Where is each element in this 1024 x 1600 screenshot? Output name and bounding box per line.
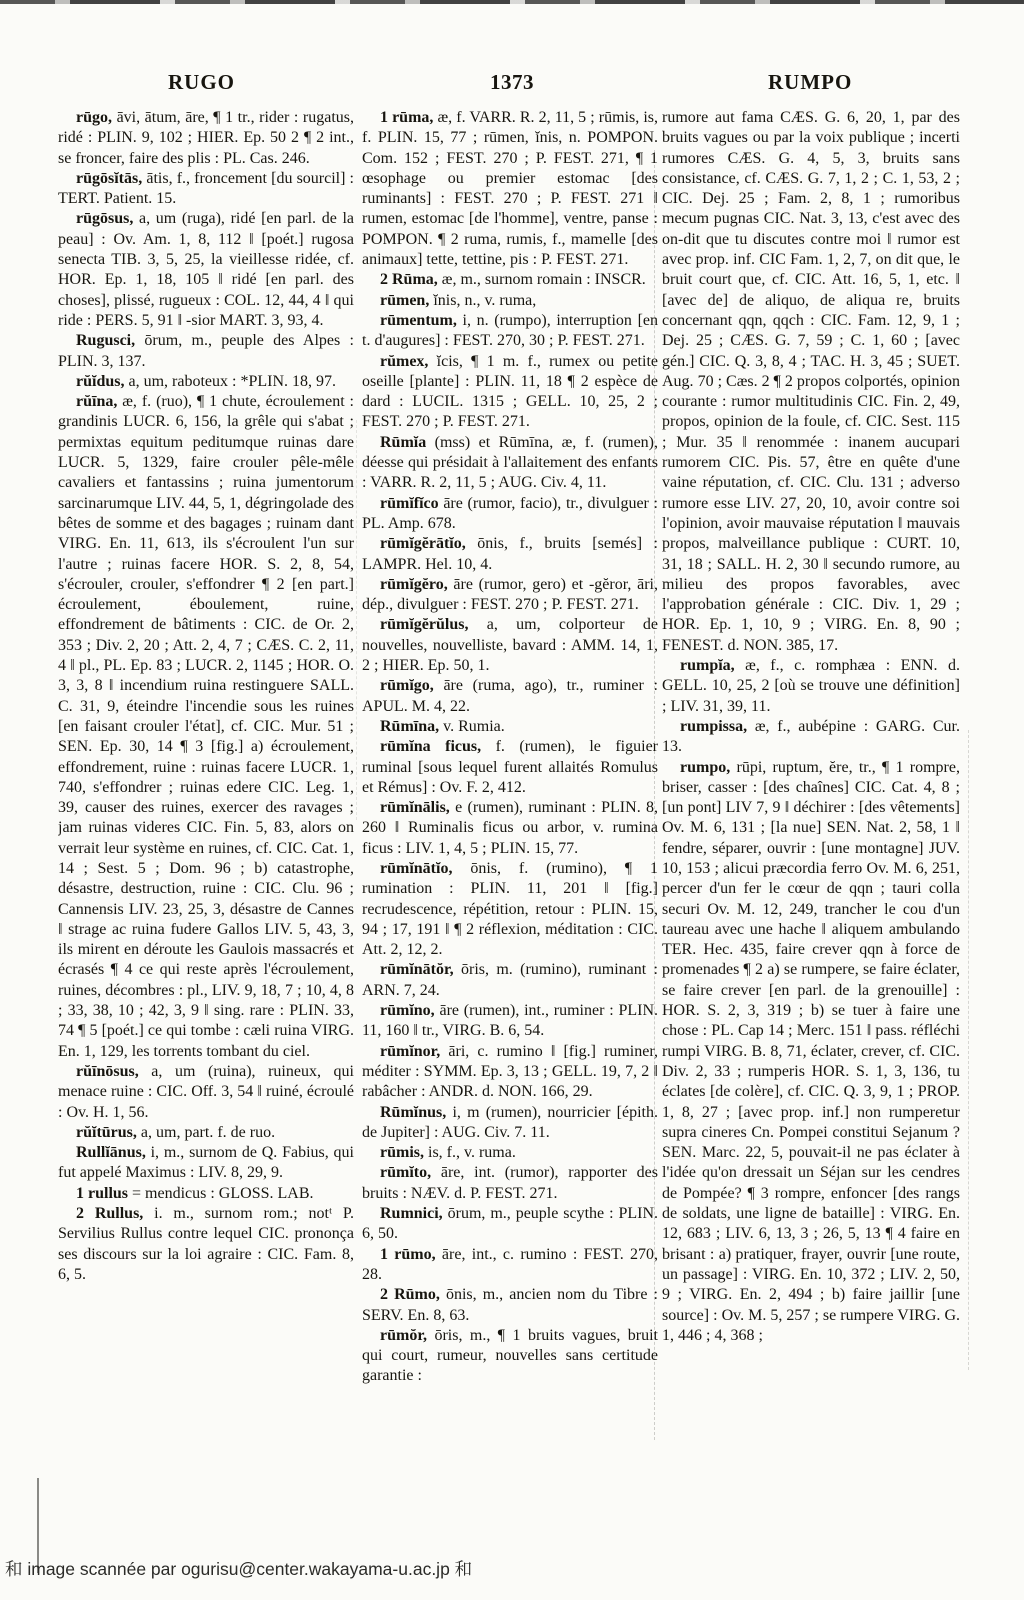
entry-headword: rūmĭgĕro, [380,576,453,593]
entry-headword: Rūmĭa [380,434,435,451]
running-header: RUGO 1373 RUMPO [0,70,1024,100]
entry-headword: Rullĭānus, [76,1144,151,1161]
entry-headword: Rūmīna, [380,718,443,735]
dictionary-entry: rūmentum, i, n. (rumpo), interruption [e… [362,311,658,352]
entry-headword: rūmĭto, [380,1164,441,1181]
dictionary-entry: rūmĭnātĭo, ōnis, f. (rumino), ¶ 1 rumina… [362,859,658,960]
dictionary-entry: rumpissa, æ, f., aubépine : GARG. Cur. 1… [662,717,960,758]
dictionary-entry: rŭmex, ĭcis, ¶ 1 m. f., rumex ou petite … [362,352,658,433]
entry-headword: rŭĭdus, [76,373,128,390]
dictionary-entry: Rugusci, ōrum, m., peuple des Alpes : PL… [58,331,354,372]
text-column-3: rumore aut fama CÆS. G. 6, 20, 1, par de… [662,108,960,1553]
dictionary-entry: rūmĭnor, āri, c. rumino ‖ [fig.] ruminer… [362,1042,658,1103]
dictionary-entry: rūgōsus, a, um (ruga), ridé [en parl. de… [58,209,354,331]
dictionary-entry: rūmĭgĕrātĭo, ōnis, f., bruits [semés] : … [362,534,658,575]
entry-headword: rumpissa, [680,718,755,735]
dictionary-entry: rŭīnōsus, a, um (ruina), ruineux, qui me… [58,1062,354,1123]
dictionary-entry: 2 Rūma, æ, m., surnom romain : INSCR. [362,270,658,290]
dictionary-entry: Rullĭānus, i, m., surnom de Q. Fabius, q… [58,1143,354,1184]
column-rule [356,420,357,820]
dictionary-entry: rūmĭnālis, e (rumen), ruminant : PLIN. 8… [362,798,658,859]
entry-headword: rūmĭno, [380,1002,439,1019]
scan-artifact-top-edge [0,0,1024,4]
entry-headword: rūmĭgo, [380,677,443,694]
entry-headword: Rūmĭnus, [380,1104,452,1121]
entry-headword: rūmĭna ficus, [380,738,496,755]
entry-headword: rŭīna, [76,393,122,410]
entry-headword: 2 Rūma, [380,271,442,288]
entry-headword: rūmĭfĭco [380,495,443,512]
entry-headword: rūmen, [380,292,433,309]
entry-continuation: rumore aut fama CÆS. G. 6, 20, 1, par de… [662,108,960,656]
entry-headword: 2 Rullus, [76,1205,154,1222]
dictionary-entry: rūmĭna ficus, f. (rumen), le figuier rum… [362,737,658,798]
entry-headword: rūmis, [380,1144,428,1161]
dictionary-entry: rūmĭgĕro, āre (rumor, gero) et -gĕror, ā… [362,575,658,616]
dictionary-entry: rumpĭa, æ, f., c. romphæa : ENN. d. GELL… [662,656,960,717]
dictionary-page-scan: RUGO 1373 RUMPO rūgo, āvi, ātum, āre, ¶ … [0,0,1024,1600]
dictionary-entry: rūmĭnātŏr, ōris, m. (rumino), ruminant :… [362,960,658,1001]
entry-headword: 1 rūmo, [380,1246,442,1263]
dictionary-entry: 2 Rūmo, ōnis, m., ancien nom du Tibre : … [362,1285,658,1326]
dictionary-entry: rŭĭtūrus, a, um, part. f. de ruo. [58,1123,354,1143]
entry-headword: rūmentum, [380,312,463,329]
entry-headword: rūgōsus, [76,210,139,227]
dictionary-entry: rūgōsĭtās, ātis, f., froncement [du sour… [58,169,354,210]
entry-headword: 1 rullus [76,1185,132,1202]
entry-headword: rūgōsĭtās, [76,170,146,187]
dictionary-entry: rūmis, is, f., v. ruma. [362,1143,658,1163]
entry-headword: rūgo, [76,109,117,126]
entry-headword: rūmĭnātĭo, [380,860,470,877]
dictionary-entry: rŭĭdus, a, um, raboteux : *PLIN. 18, 97. [58,372,354,392]
dictionary-entry: 1 rūma, æ, f. VARR. R. 2, 11, 5 ; rūmis,… [362,108,658,270]
dictionary-entry: rŭīna, æ, f. (ruo), ¶ 1 chute, écrouleme… [58,392,354,1062]
entry-headword: rūmĭnor, [380,1043,448,1060]
dictionary-entry: 1 rullus = mendicus : GLOSS. LAB. [58,1184,354,1204]
entry-headword: rūmĭnātŏr, [380,961,461,978]
entry-headword: rūmĭgĕrātĭo, [380,535,477,552]
dictionary-entry: Rūmĭa (mss) et Rūmīna, æ, f. (rumen), dé… [362,433,658,494]
dictionary-entry: Rumnici, ōrum, m., peuple scythe : PLIN.… [362,1204,658,1245]
entry-headword: Rugusci, [76,332,144,349]
header-guide-word-right: RUMPO [768,70,852,95]
dictionary-entry: rūmĭgo, āre (ruma, ago), tr., ruminer : … [362,676,658,717]
dictionary-entry: rumpo, rūpi, ruptum, ĕre, tr., ¶ 1 rompr… [662,758,960,1347]
text-column-2: 1 rūma, æ, f. VARR. R. 2, 11, 5 ; rūmis,… [362,108,658,1553]
dictionary-entry: rūmĭfĭco āre (rumor, facio), tr., divulg… [362,494,658,535]
entry-headword: rūmŏr, [380,1327,434,1344]
entry-headword: 2 Rūmo, [380,1286,446,1303]
scan-credit-caption: 和 image scannée par ogurisu@center.wakay… [5,1556,1005,1581]
dictionary-entry: rūmĭto, āre, int. (rumor), rapporter des… [362,1163,658,1204]
entry-headword: rumpĭa, [680,657,745,674]
dictionary-entry: 2 Rullus, i. m., surnom rom.; notᵗ P. Se… [58,1204,354,1285]
dictionary-entry: Rūmīna, v. Rumia. [362,717,658,737]
entry-headword: rūmĭnālis, [380,799,455,816]
dictionary-entry: rūmŏr, ōris, m., ¶ 1 bruits vagues, brui… [362,1326,658,1387]
dictionary-entry: rūmen, ĭnis, n., v. ruma, [362,291,658,311]
page-number: 1373 [0,70,1024,95]
dictionary-entry: rūgo, āvi, ātum, āre, ¶ 1 tr., rider : r… [58,108,354,169]
dictionary-entry: Rūmĭnus, i, m (rumen), nourricier [épith… [362,1103,658,1144]
entry-headword: 1 rūma, [380,109,438,126]
dictionary-entry: rūmĭgĕrŭlus, a, um, colporteur de nouvel… [362,615,658,676]
entry-headword: rumpo, [680,759,737,776]
entry-headword: rūmĭgĕrŭlus, [380,616,487,633]
entry-headword: rŭĭtūrus, [76,1124,141,1141]
entry-headword: rŭīnōsus, [76,1063,151,1080]
dictionary-entry: 1 rūmo, āre, int., c. rumino : FEST. 270… [362,1245,658,1286]
text-column-1: rūgo, āvi, ātum, āre, ¶ 1 tr., rider : r… [58,108,354,1553]
dictionary-entry: rūmĭno, āre (rumen), int., ruminer : PLI… [362,1001,658,1042]
entry-headword: rŭmex, [380,353,437,370]
entry-headword: Rumnici, [380,1205,448,1222]
column-rule [968,730,969,1370]
